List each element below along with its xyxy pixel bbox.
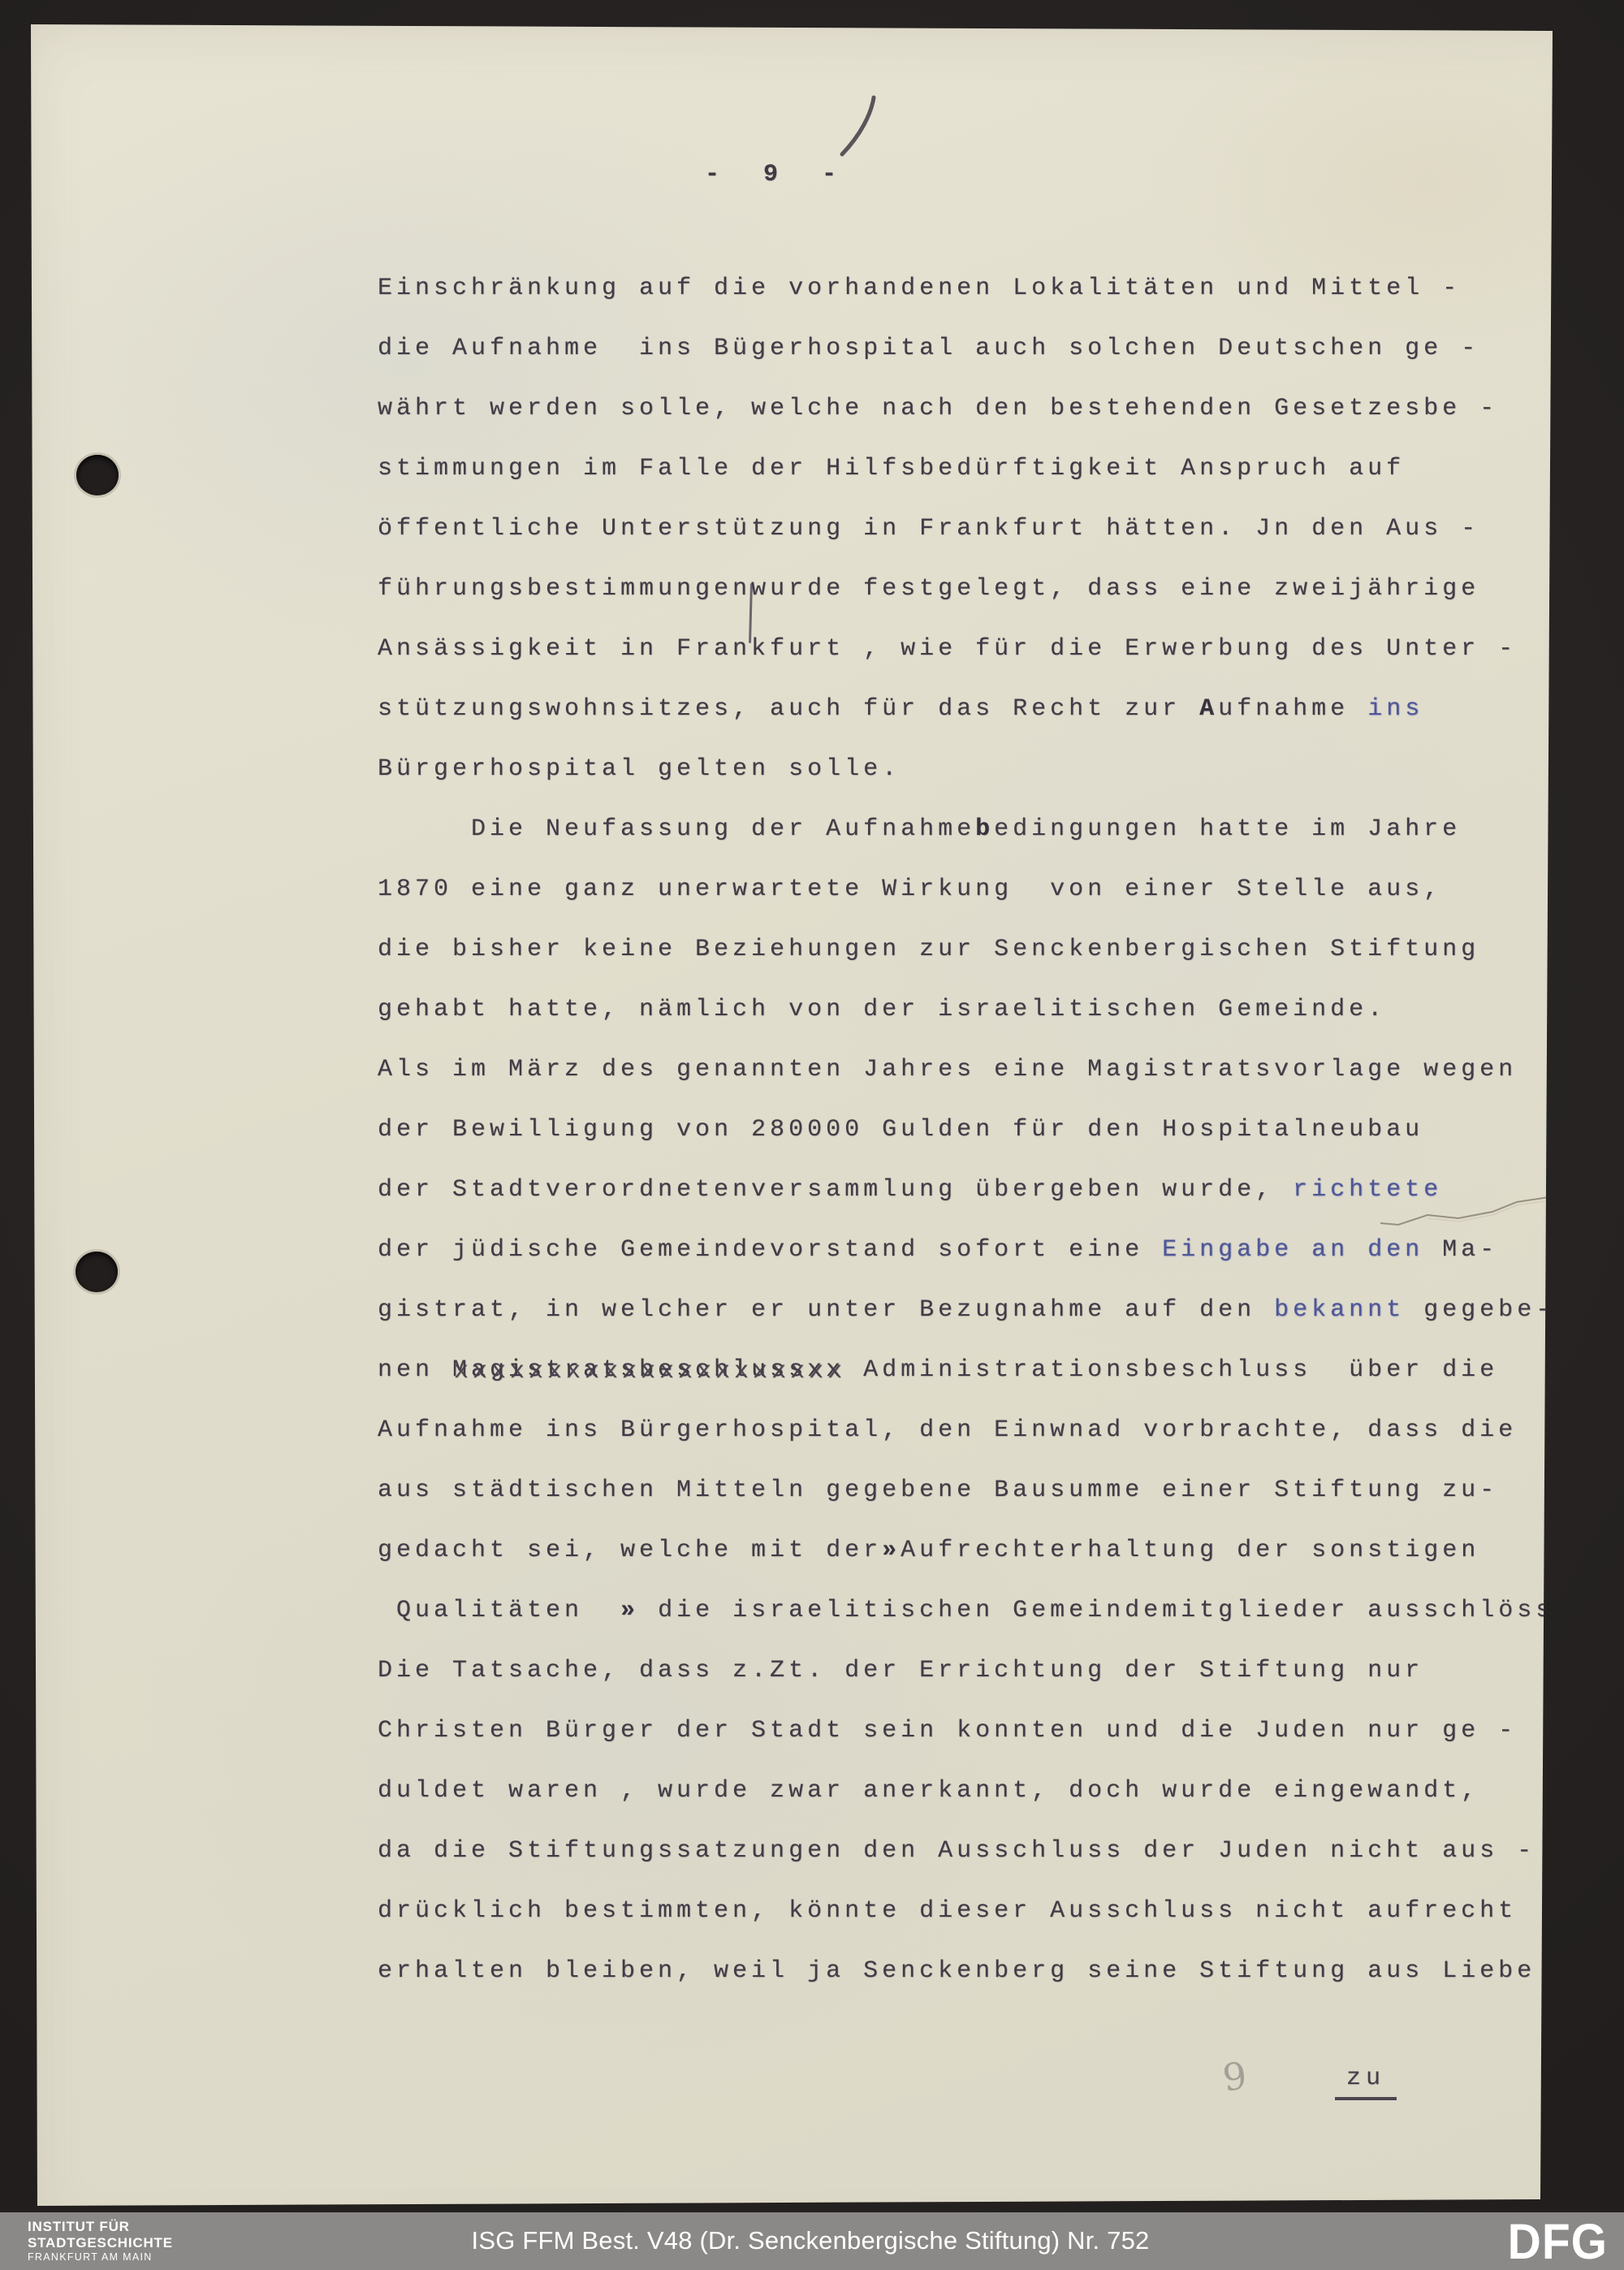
typewritten-line: drücklich bestimmten, könnte dieser Auss… — [378, 1897, 1596, 1957]
typewritten-line: der Bewilligung von 280000 Gulden für de… — [378, 1116, 1596, 1176]
text-segment: gehabt hatte, nämlich von der israelitis… — [378, 996, 1386, 1023]
text-segment: Bürgerhospital gelten solle. — [378, 755, 901, 783]
typewritten-line: stimmungen im Falle der Hilfsbedürftigke… — [378, 455, 1596, 515]
typewritten-line: Einschränkung auf die vorhandenen Lokali… — [378, 275, 1596, 335]
text-segment: die bisher keine Beziehungen zur Sencken… — [378, 936, 1479, 963]
text-segment: Die Tatsache, dass z.Zt. der Errichtung … — [378, 1657, 1423, 1684]
text-segment: Christen Bürger der Stadt sein konnten u… — [378, 1717, 1517, 1745]
typewritten-line: nen Magistratsbeschlussxx Administration… — [378, 1356, 1596, 1416]
typewritten-line: stützungswohnsitzes, auch für das Recht … — [378, 695, 1596, 755]
typewritten-line: Die Neufassung der Aufnahmebedingungen h… — [378, 815, 1596, 876]
archive-footer: INSTITUT FÜR STADTGESCHICHTE FRANKFURT A… — [0, 2212, 1624, 2270]
text-segment: gistrat, in welcher er unter Bezugnahme … — [378, 1296, 1274, 1324]
institute-name-line1: INSTITUT FÜR — [28, 2220, 173, 2233]
typewritten-line: gedacht sei, welche mit der»Aufrechterha… — [378, 1537, 1596, 1597]
text-segment: Die Neufassung der Aufnahme — [378, 815, 975, 843]
text-segment: der jüdische Gemeindevorstand sofort ein… — [378, 1236, 1162, 1264]
typewritten-line: duldet waren , wurde zwar anerkannt, doc… — [378, 1777, 1596, 1837]
typewritten-line: die Aufnahme ins Bügerhospital auch solc… — [378, 335, 1596, 395]
text-segment: wurde festgelegt, dass eine zweijährige — [751, 575, 1479, 603]
typewritten-line: der jüdische Gemeindevorstand sofort ein… — [378, 1236, 1596, 1296]
text-segment: drücklich bestimmten, könnte dieser Auss… — [378, 1897, 1517, 1925]
dfg-logo: DFG — [1508, 2213, 1608, 2270]
typewritten-line: Aufnahme ins Bürgerhospital, den Einwnad… — [378, 1416, 1596, 1477]
text-segment: Magistratsbeschlussxx — [452, 1356, 844, 1384]
text-segment: erhalten bleiben, weil ja Senckenberg se… — [378, 1957, 1535, 1985]
typewritten-line: Als im März des genannten Jahres eine Ma… — [378, 1056, 1596, 1116]
text-segment: Aufrechterhaltung der sonstigen — [901, 1537, 1479, 1564]
typewritten-line: Christen Bürger der Stadt sein konnten u… — [378, 1717, 1596, 1777]
text-segment: ufnahme — [1218, 695, 1367, 723]
paper-tear — [1380, 1184, 1551, 1241]
typewritten-line: aus städtischen Mitteln gegebene Bausumm… — [378, 1477, 1596, 1537]
typewritten-line: führungsbestimmungenwurde festgelegt, da… — [378, 575, 1596, 635]
text-segment: 1870 eine ganz unerwartete Wirkung von e… — [378, 876, 1442, 903]
institute-logo: INSTITUT FÜR STADTGESCHICHTE FRANKFURT A… — [28, 2220, 173, 2263]
text-segment: gegebe- — [1405, 1296, 1554, 1324]
text-segment: Aufnahme ins Bürgerhospital, den Einwnad… — [378, 1416, 1517, 1444]
hole-punch-bottom — [76, 1252, 118, 1292]
typewritten-line: da die Stiftungssatzungen den Ausschluss… — [378, 1837, 1596, 1897]
institute-name-line3: FRANKFURT AM MAIN — [28, 2252, 173, 2263]
text-segment: Einschränkung auf die vorhandenen Lokali… — [378, 275, 1461, 302]
text-segment: Qualitäten — [378, 1597, 620, 1624]
text-segment: Ansässigkeit in Frankfurt , wie für die … — [378, 635, 1517, 663]
typewritten-line: Bürgerhospital gelten solle. — [378, 755, 1596, 815]
typewritten-line: Ansässigkeit in Frankfurt , wie für die … — [378, 635, 1596, 695]
text-segment: da die Stiftungssatzungen den Ausschluss… — [378, 1837, 1535, 1865]
text-segment: der Stadtverordnetenversammlung übergebe… — [378, 1176, 1293, 1204]
typewritten-line: gehabt hatte, nämlich von der israelitis… — [378, 996, 1596, 1056]
pen-stroke-icon — [836, 91, 880, 161]
text-segment: b — [975, 815, 994, 843]
typewritten-line: erhalten bleiben, weil ja Senckenberg se… — [378, 1957, 1596, 2017]
typewritten-line: Die Tatsache, dass z.Zt. der Errichtung … — [378, 1657, 1596, 1717]
archive-reference: ISG FFM Best. V48 (Dr. Senckenbergische … — [472, 2226, 1150, 2255]
text-segment: ins — [1367, 695, 1423, 723]
text-segment: gedacht sei, welche mit der — [378, 1537, 882, 1564]
typewritten-text: Einschränkung auf die vorhandenen Lokali… — [378, 275, 1596, 2017]
institute-name-line2: STADTGESCHICHTE — [28, 2236, 173, 2250]
text-segment: die Aufnahme ins Bügerhospital auch solc… — [378, 335, 1479, 362]
hole-punch-top — [76, 455, 119, 495]
text-segment: Administrationsbeschluss über die — [844, 1356, 1498, 1384]
typewritten-line: währt werden solle, welche nach den best… — [378, 395, 1596, 455]
text-segment: die israelitischen Gemeindemitglieder au… — [639, 1597, 1573, 1624]
text-segment: » — [882, 1537, 901, 1564]
typewritten-line: 1870 eine ganz unerwartete Wirkung von e… — [378, 876, 1596, 936]
text-segment: öffentliche Unterstützung in Frankfurt h… — [378, 515, 1479, 543]
catchword: zu — [1335, 2065, 1397, 2100]
typewritten-line: die bisher keine Beziehungen zur Sencken… — [378, 936, 1596, 996]
text-segment: bekannt — [1274, 1296, 1405, 1324]
text-segment: der Bewilligung von 280000 Gulden für de… — [378, 1116, 1423, 1144]
text-segment: führungsbestimmungen — [378, 575, 751, 603]
document-page: - 9 - Einschränkung auf die vorhandenen … — [0, 0, 1624, 2270]
page-number: - 9 - — [705, 161, 841, 188]
scan-background: - 9 - Einschränkung auf die vorhandenen … — [0, 0, 1624, 2270]
text-segment: duldet waren , wurde zwar anerkannt, doc… — [378, 1777, 1479, 1805]
handwritten-page-mark: 9 — [1220, 2053, 1250, 2099]
text-segment: stimmungen im Falle der Hilfsbedürftigke… — [378, 455, 1405, 482]
text-segment: stützungswohnsitzes, auch für das Recht … — [378, 695, 1199, 723]
text-segment: » — [620, 1597, 639, 1624]
typewritten-line: Qualitäten » die israelitischen Gemeinde… — [378, 1597, 1596, 1657]
typewritten-line: gistrat, in welcher er unter Bezugnahme … — [378, 1296, 1596, 1356]
text-segment: A — [1199, 695, 1218, 723]
text-segment: aus städtischen Mitteln gegebene Bausumm… — [378, 1477, 1498, 1504]
text-segment: Als im März des genannten Jahres eine Ma… — [378, 1056, 1517, 1083]
text-segment: nen — [378, 1356, 452, 1384]
typewritten-line: öffentliche Unterstützung in Frankfurt h… — [378, 515, 1596, 575]
text-segment: edingungen hatte im Jahre — [994, 815, 1461, 843]
text-segment: währt werden solle, welche nach den best… — [378, 395, 1498, 422]
